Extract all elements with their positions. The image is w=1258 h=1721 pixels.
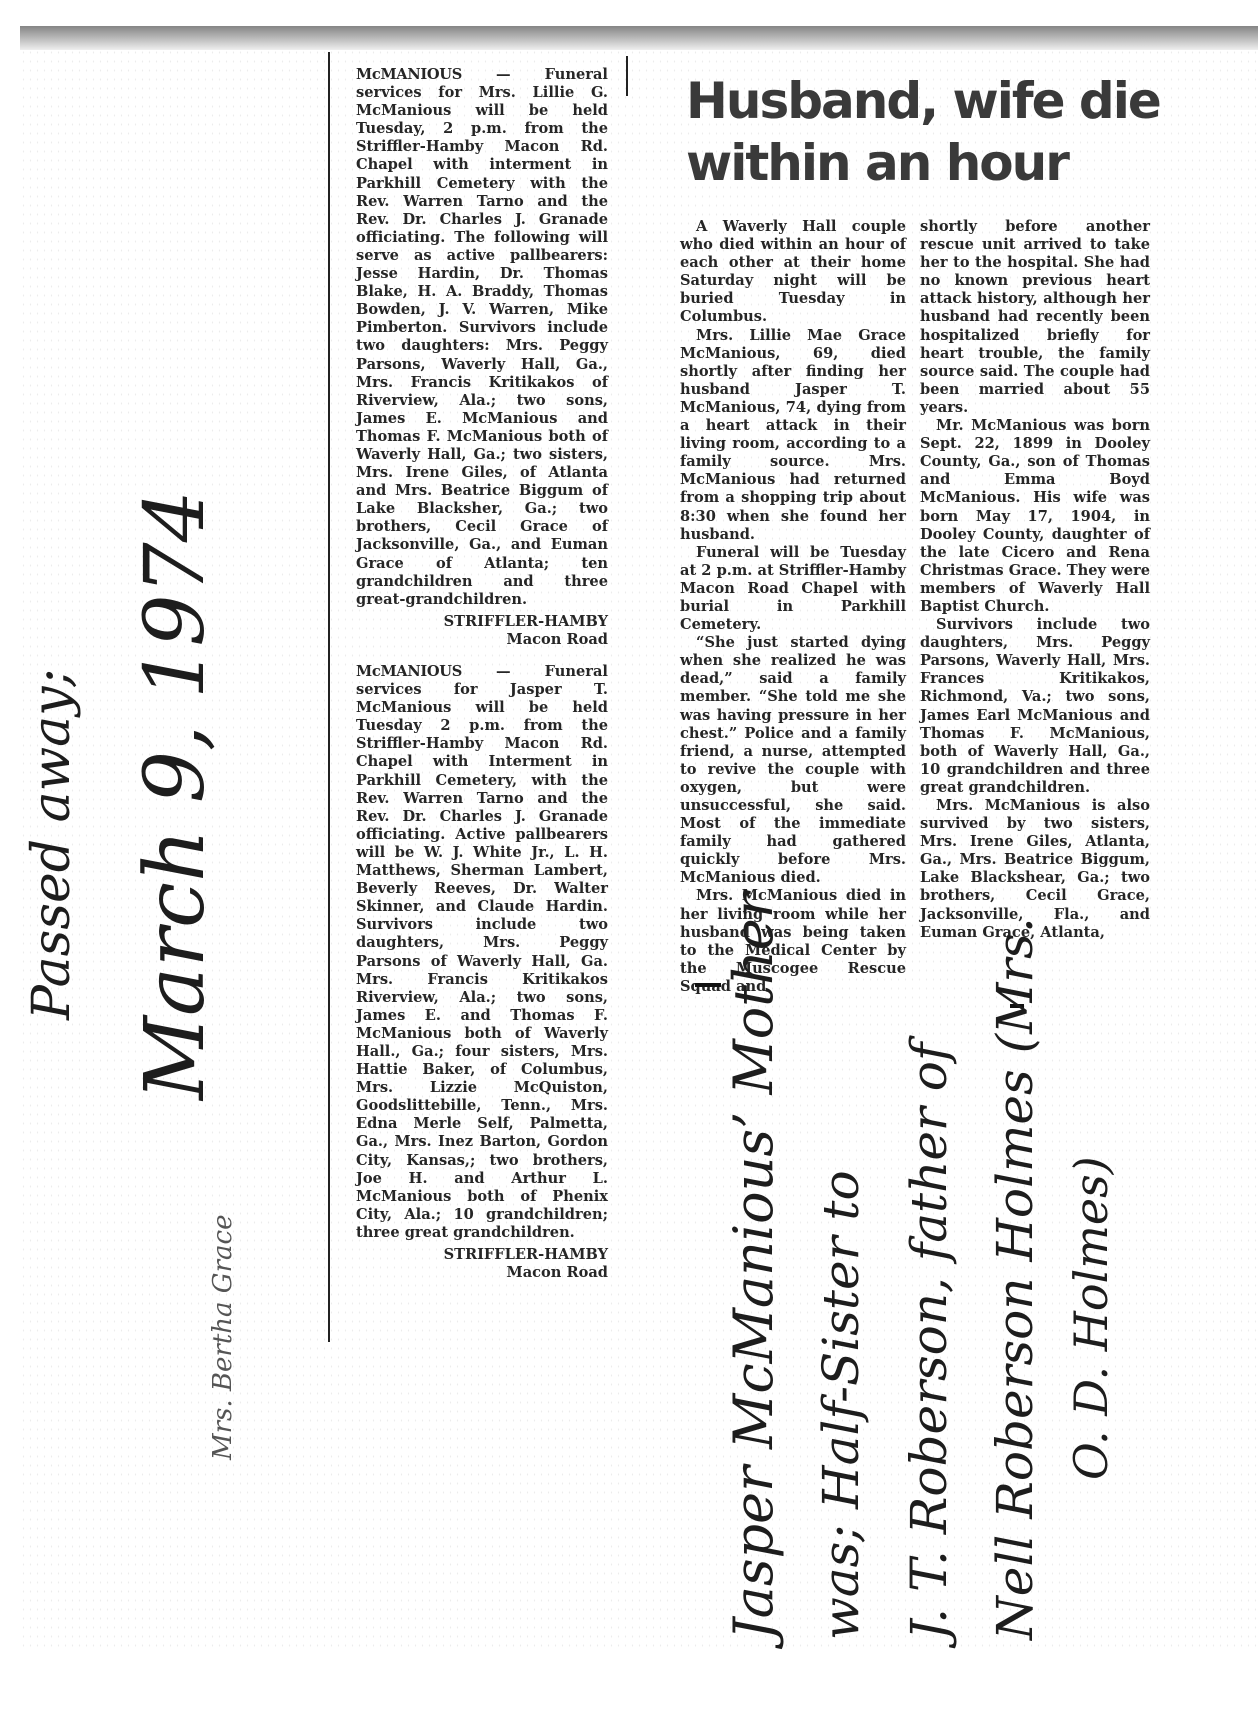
handwriting-mrs-name: Mrs. Bertha Grace <box>208 1215 238 1460</box>
handwriting-note-line-1: Jasper McManious’ Mother <box>722 892 785 1640</box>
obituary-lead: McMANIOUS — <box>356 663 510 680</box>
paragraph: A Waverly Hall couple who died within an… <box>680 218 906 327</box>
column-rule-left <box>328 52 330 1342</box>
obituary-text-jasper: Funeral services for Jasper T. McManious… <box>356 663 608 1241</box>
paragraph: Mrs. McManious died in her living room w… <box>680 887 906 996</box>
end-mark <box>695 983 721 987</box>
headline-line-1: Husband, wife die <box>686 70 1258 132</box>
scan-top-shadow <box>20 26 1258 50</box>
article-column-1: A Waverly Hall couple who died within an… <box>680 218 906 996</box>
headline-line-2: within an hour <box>686 132 1258 194</box>
funeral-home-address: Macon Road <box>356 1264 608 1282</box>
paragraph: Funeral will be Tuesday at 2 p.m. at Str… <box>680 544 906 634</box>
funeral-home-name: STRIFFLER-HAMBY <box>356 1246 608 1264</box>
handwriting-date: March 9, 1974 <box>128 490 223 1100</box>
handwriting-note-line-5: O. D. Holmes) <box>1064 1156 1118 1480</box>
funeral-home-address: Macon Road <box>356 631 608 649</box>
funeral-home-name: STRIFFLER-HAMBY <box>356 613 608 631</box>
paragraph: Survivors include two daughters, Mrs. Pe… <box>920 616 1150 797</box>
paragraph: “She just started dying when she realize… <box>680 634 906 887</box>
obituary-lead: McMANIOUS — <box>356 66 510 83</box>
obituary-column: McMANIOUS — Funeral services for Mrs. Li… <box>356 66 608 1282</box>
handwriting-note-line-4: Nell Roberson Holmes (Mrs. <box>986 917 1044 1640</box>
paragraph: shortly before another rescue unit arriv… <box>920 218 1150 417</box>
article-headline: Husband, wife die within an hour <box>686 70 1258 194</box>
handwriting-passed-away: Passed away; <box>22 669 82 1020</box>
handwriting-note-line-2: was; Half-Sister to <box>812 1170 870 1640</box>
obituary-text-lillie: Funeral services for Mrs. Lillie G. McMa… <box>356 66 608 608</box>
paragraph: Mrs. Lillie Mae Grace McManious, 69, die… <box>680 327 906 544</box>
paragraph: Mr. McManious was born Sept. 22, 1899 in… <box>920 417 1150 616</box>
article-column-2: shortly before another rescue unit arriv… <box>920 218 1150 942</box>
handwriting-note-line-3: J. T. Roberson, father of <box>900 1043 958 1640</box>
column-rule-middle <box>626 56 628 96</box>
